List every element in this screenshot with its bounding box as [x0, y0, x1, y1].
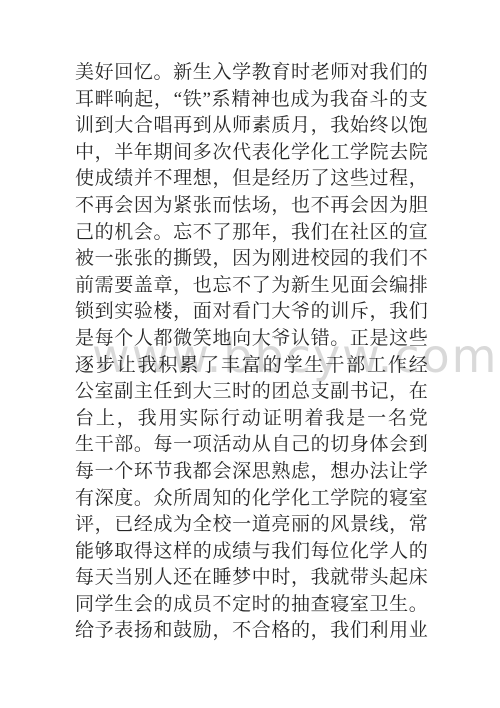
text-line: 中，半年期间多次代表化学化工学院去院里参加比赛，即 — [75, 140, 428, 167]
document-page: www.bbcyw.com 美好回忆。新生入学教育时老师对我们的教导始终在我的耳… — [0, 0, 500, 708]
text-line: 每一个环节我都会深思熟虑，想办法让学生工作上高度， — [75, 459, 428, 486]
text-line: 不再会因为紧张而怯场，也不再会因为胆怯而放弃展示自 — [75, 193, 428, 220]
text-line: 训到大合唱再到从师素质月，我始终以饱满的热情参与其 — [75, 113, 428, 140]
text-line: 锁到实验楼，面对看门大爷的训斥，我们并没有生气，而 — [75, 299, 428, 326]
text-line: 给予表扬和鼓励，不合格的，我们利用业余时间给予帮助 — [75, 618, 428, 645]
essay-body: 美好回忆。新生入学教育时老师对我们的教导始终在我的耳畔响起，“铁”系精神也成为我… — [75, 60, 428, 645]
text-line: 公室副主任到大三时的团总支副书记，在平凡的学生会舞 — [75, 379, 428, 406]
text-line: 美好回忆。新生入学教育时老师对我们的教导始终在我的 — [75, 60, 428, 87]
text-line: 能够取得这样的成绩与我们每位化学人的努力都分不开。 — [75, 539, 428, 566]
text-line: 台上，我用实际行动证明着我是一名党员，一名优秀的学 — [75, 406, 428, 433]
text-line: 评，已经成为全校一道亮丽的风景线，常言道攻易守难。 — [75, 512, 428, 539]
text-line: 同学生会的成员不定时的抽查寝室卫生。合格的，优秀的， — [75, 592, 428, 619]
text-line: 有深度。众所周知的化学化工学院的寝室卫生一直深受好 — [75, 486, 428, 513]
text-line: 生干部。每一项活动从自己的切身体会到影响周围的人， — [75, 432, 428, 459]
text-line: 使成绩并不理想，但是经历了这些过程，让我丰满了羽翼， — [75, 166, 428, 193]
text-line: 己的机会。忘不了那年，我们在社区的宣传窗上贴的海报 — [75, 220, 428, 247]
text-line: 是每个人都微笑地向大爷认错。正是这些青涩的不了解， — [75, 326, 428, 353]
text-line: 被一张张的撕毁，因为刚进校园的我们不知道在粘贴海报 — [75, 246, 428, 273]
text-line: 前需要盖章，也忘不了为新生见面会编排舞蹈到很晚而被 — [75, 273, 428, 300]
text-line: 逐步让我积累了丰富的学生干部工作经验。从大二时的办 — [75, 353, 428, 380]
text-line: 每天当别人还在睡梦中时，我就带头起床整理寝室，并随 — [75, 565, 428, 592]
text-line: 耳畔响起，“铁”系精神也成为我奋斗的支柱，大一时从军 — [75, 87, 428, 114]
